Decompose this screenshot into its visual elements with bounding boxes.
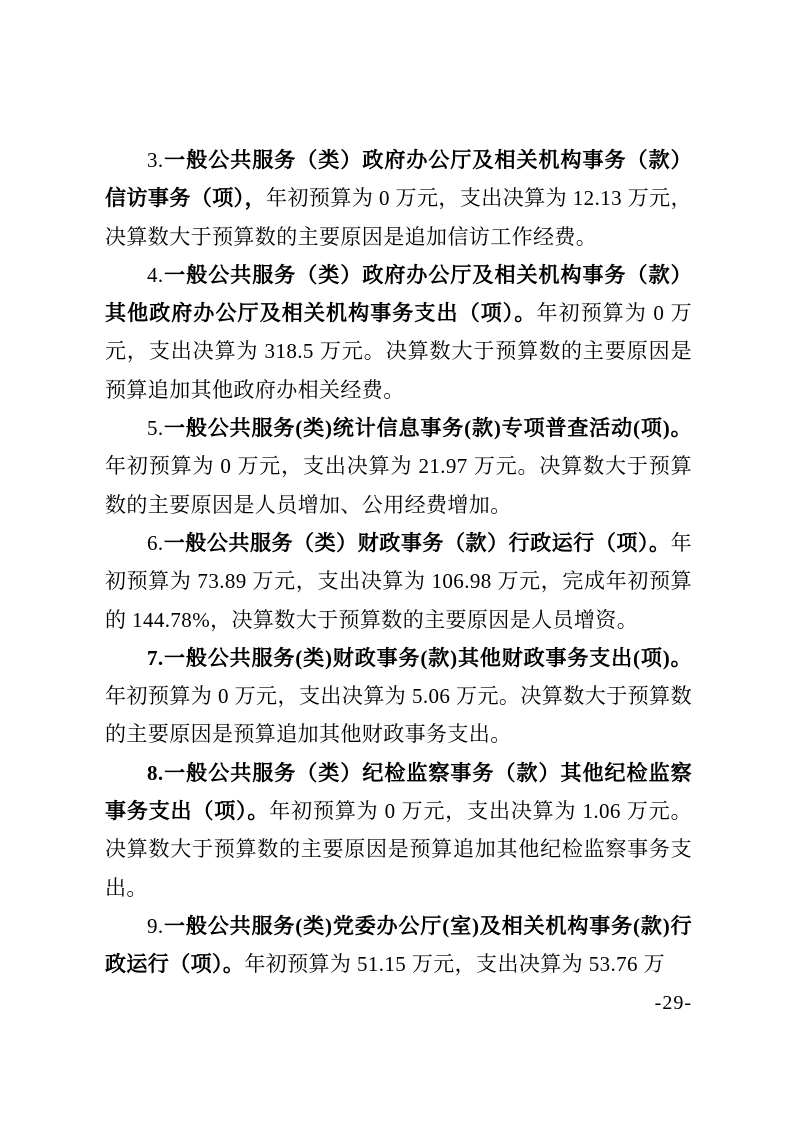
paragraph-number: 5. [147,416,164,440]
paragraph-item-9: 9.一般公共服务(类)党委办公厅(室)及相关机构事务(款)行政运行（项）。年初预… [105,907,692,984]
paragraph-heading: 7.一般公共服务(类)财政事务(款)其他财政事务支出(项)。 [147,646,692,670]
paragraph-body: 年初预算为 0 万元，支出决算为 21.97 万元。决算数大于预算数的主要原因是… [105,454,692,516]
document-body-text: 3.一般公共服务（类）政府办公厅及相关机构事务（款）信访事务（项），年初预算为 … [105,141,692,984]
paragraph-body: 年初预算为 0 万元，支出决算为 5.06 万元。决算数大于预算数的主要原因是预… [105,684,692,746]
paragraph-number: 6. [147,531,164,555]
paragraph-number: 3. [147,148,164,172]
document-page: 3.一般公共服务（类）政府办公厅及相关机构事务（款）信访事务（项），年初预算为 … [0,0,793,1122]
paragraph-item-8: 8.一般公共服务（类）纪检监察事务（款）其他纪检监察事务支出（项）。年初预算为 … [105,754,692,907]
paragraph-heading: 一般公共服务(类)统计信息事务(款)专项普查活动(项)。 [164,416,692,440]
page-number: -29- [655,992,692,1015]
paragraph-heading: 一般公共服务（类）财政事务（款）行政运行（项）。 [164,531,671,555]
paragraph-item-7: 7.一般公共服务(类)财政事务(款)其他财政事务支出(项)。年初预算为 0 万元… [105,639,692,754]
paragraph-number: 4. [147,263,164,287]
paragraph-item-5: 5.一般公共服务(类)统计信息事务(款)专项普查活动(项)。年初预算为 0 万元… [105,409,692,524]
paragraph-item-3: 3.一般公共服务（类）政府办公厅及相关机构事务（款）信访事务（项），年初预算为 … [105,141,692,256]
paragraph-item-4: 4.一般公共服务（类）政府办公厅及相关机构事务（款）其他政府办公厅及相关机构事务… [105,256,692,409]
paragraph-item-6: 6.一般公共服务（类）财政事务（款）行政运行（项）。年初预算为 73.89 万元… [105,524,692,639]
paragraph-body: 年初预算为 51.15 万元，支出决算为 53.76 万 [244,952,665,976]
paragraph-number: 9. [147,914,164,938]
